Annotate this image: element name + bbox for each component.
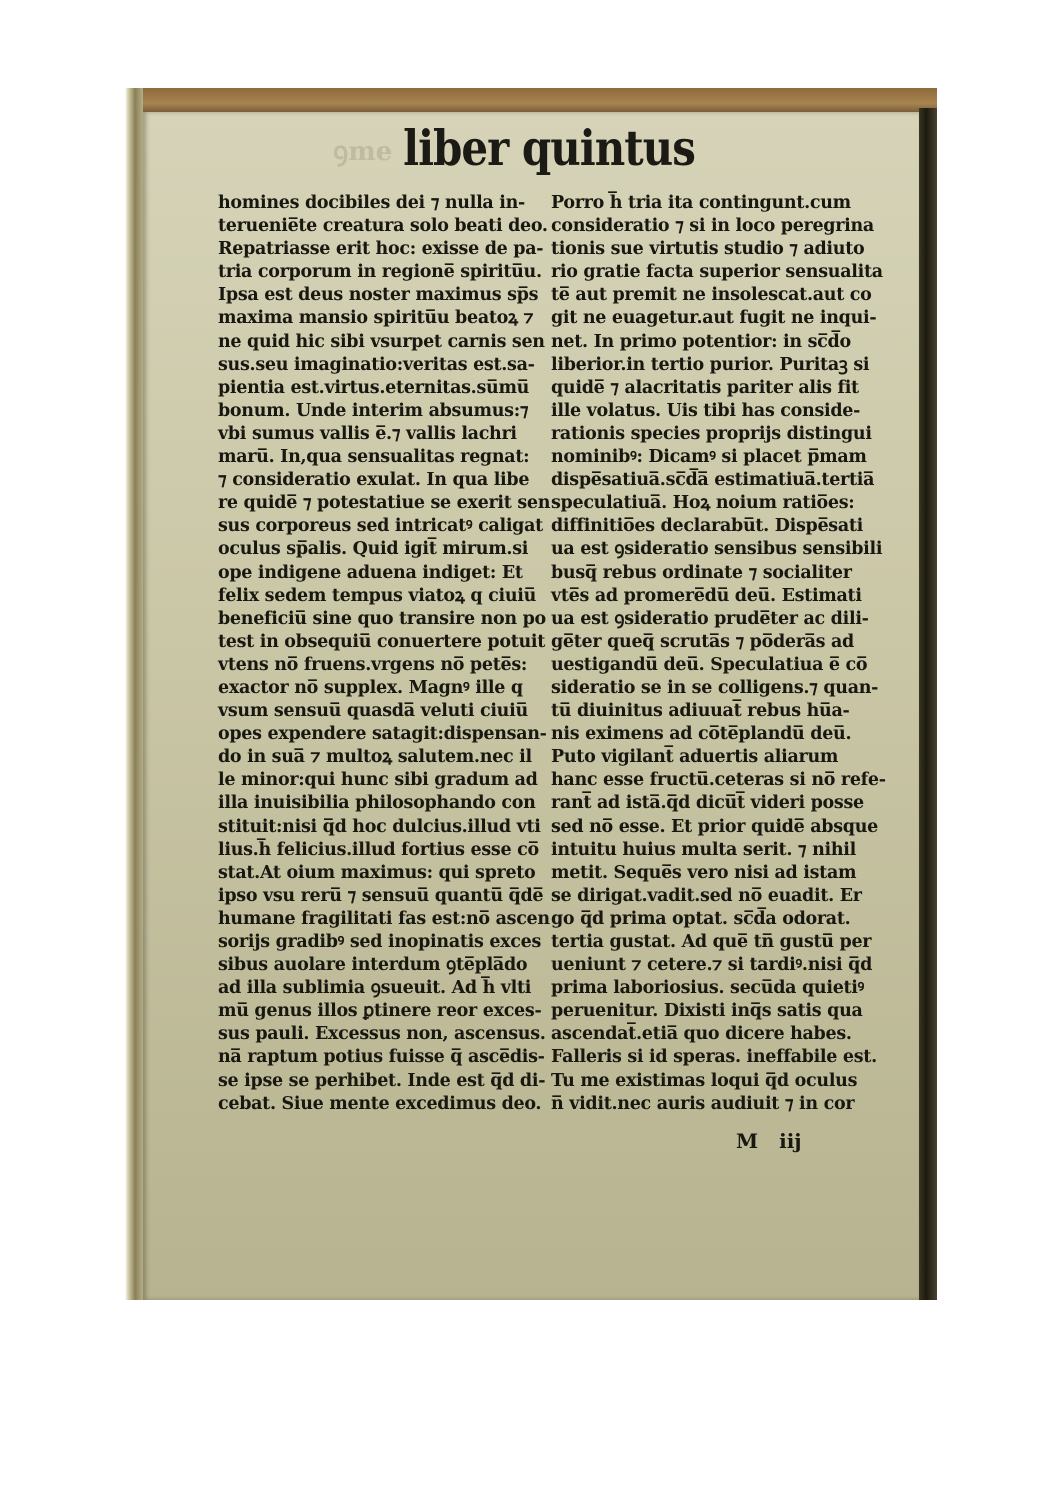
text-line: n̅ vidit.nec auris audiuit ⁊ in cor [551,1093,901,1116]
text-line: sus pauli. Excessus non, ascensus. [218,1023,558,1046]
text-line: speculatiua̅. Hoꝝ noium ratio̅es: [551,492,901,515]
text-line: stat.At oium maximus: qui spreto [218,862,558,885]
text-line: cebat. Siue mente excedimus deo. [218,1093,558,1116]
text-line: sus.seu imaginatio:veritas est.sa- [218,354,558,377]
text-line: bonum. Unde interim absumus:⁊ [218,400,558,423]
text-line: na̅ raptum potius fuisse q̅ asce̅dis- [218,1046,558,1069]
text-line: rant̅ ad ista̅.q̅d dicu̅t̅ videri posse [551,792,901,815]
text-line: ope indigene aduena indiget: Et [218,562,558,585]
dark-right-edge [919,108,937,1300]
text-line: tionis sue virtutis studio ⁊ adiuto [551,238,901,261]
text-line: rio gratie facta superior sensualita [551,261,901,284]
text-line: rationis species proprijs distingui [551,423,901,446]
text-line: felix sedem tempus viatoꝝ q ciuiu̅ [218,585,558,608]
text-line: sorijs gradibꝰ sed inopinatis exces [218,931,558,954]
text-line: nis eximens ad co̅te̅plandu̅ deu̅. [551,723,901,746]
text-line: test in obsequiu̅ conuertere potuit [218,631,558,654]
printed-page: ꝯme liber quintus homines docibiles dei … [143,112,919,1300]
text-line: peruenitur. Dixisti inq̅s satis qua [551,1000,901,1023]
text-line: lius.h̅ felicius.illud fortius esse co̅ [218,839,558,862]
text-line: opes expendere satagit:dispensan- [218,723,558,746]
text-line: ipso vsu reru̅ ⁊ sensuu̅ quantu̅ q̅de̅ [218,885,558,908]
text-line: diffinitio̅es declarabu̅t. Dispe̅sati [551,515,901,538]
text-line: Puto vigilant̅ aduertis aliarum [551,746,901,769]
binding-left-edge [125,88,143,1300]
text-line: tria corporum in regione̅ spiritu̅u. [218,261,558,284]
text-line: intuitu huius multa serit. ⁊ nihil [551,839,901,862]
text-line: metit. Seque̅s vero nisi ad istam [551,862,901,885]
text-line: ille volatus. Uis tibi has conside- [551,400,901,423]
text-line: ueniunt ⁊ cetere.⁊ si tardiꝰ.nisi q̅d [551,954,901,977]
running-head: liber quintus [143,120,955,176]
text-line: prima laboriosius. secu̅da quietiꝰ [551,977,901,1000]
text-line: oculus sp̅alis. Quid igit̅ mirum.si [218,538,558,561]
text-line: busq̅ rebus ordinate ⁊ socialiter [551,562,901,585]
text-line: re quide̅ ⁊ potestatiue se exerit sen [218,492,558,515]
text-line: exactor no̅ supplex. Magnꝰ ille q [218,677,558,700]
text-line: quide̅ ⁊ alacritatis pariter alis fit [551,377,901,400]
text-line: te̅ aut premit ne insolescat.aut co [551,284,901,307]
text-line: ad illa sublimia ꝯsueuit. Ad h̅ vlti [218,977,558,1000]
text-line: Repatriasse erit hoc: exisse de pa- [218,238,558,261]
text-line: consideratio ⁊ si in loco peregrina [551,215,901,238]
text-line: stituit:nisi q̅d hoc dulcius.illud vti [218,816,558,839]
right-column: Porro h̅ tria ita contingunt.cum conside… [551,192,901,1116]
text-line: maru̅. In,qua sensualitas regnat: [218,446,558,469]
text-line: sideratio se in se colligens.⁊ quan- [551,677,901,700]
text-line: git ne euagetur.aut fugit ne inqui- [551,307,901,330]
text-line: sus corporeus sed intricatꝰ caligat [218,515,558,538]
text-line: Ipsa est deus noster maximus sp̅s [218,284,558,307]
text-line: ua est ꝯsideratio sensibus sensibili [551,538,901,561]
text-line: uestigandu̅ deu̅. Speculatiua e̅ co̅ [551,654,901,677]
text-line: tertia gustat. Ad que̅ tn̅ gustu̅ per [551,931,901,954]
signature-mark: M iij [736,1129,802,1153]
text-line: sibus auolare interdum ꝯte̅pla̅do [218,954,558,977]
text-line: hanc esse fructu̅.ceteras si no̅ refe- [551,769,901,792]
text-line: maxima mansio spiritu̅u beatoꝝ ⁊ [218,307,558,330]
text-line: teruenie̅te creatura solo beati deo. [218,215,558,238]
text-line: mu̅ genus illos ꝑtinere reor exces- [218,1000,558,1023]
text-line: Falleris si id speras. ineffabile est. [551,1046,901,1069]
text-line: humane fragilitati fas est:no̅ ascen [218,908,558,931]
text-line: dispe̅satiua̅.sc̅d̅a̅ estimatiua̅.tertia… [551,469,901,492]
text-line: homines docibiles dei ⁊ nulla in- [218,192,558,215]
text-line: beneficiu̅ sine quo transire non po [218,608,558,631]
text-line: ne quid hic sibi vsurpet carnis sen [218,331,558,354]
text-line: ua est ꝯsideratio prude̅ter ac dili- [551,608,901,631]
text-line: ⁊ consideratio exulat. In qua libe [218,469,558,492]
text-line: illa inuisibilia philosophando con [218,792,558,815]
text-line: vbi sumus vallis e̅.⁊ vallis lachri [218,423,558,446]
text-line: vsum sensuu̅ quasda̅ veluti ciuiu̅ [218,700,558,723]
text-line: tu̅ diuinitus adiuuat̅ rebus hu̅a- [551,700,901,723]
text-line: Porro h̅ tria ita contingunt.cum [551,192,901,215]
text-line: se ipse se perhibet. Inde est q̅d di- [218,1070,558,1093]
text-line: liberior.in tertio purior. Puritaꝫ si [551,354,901,377]
text-line: net. In primo potentior: in sc̅d̅o [551,331,901,354]
left-column: homines docibiles dei ⁊ nulla in- teruen… [218,192,558,1116]
text-line: pientia est.virtus.eternitas.su̅mu̅ [218,377,558,400]
text-line: nominibꝰ: Dicamꝰ si placet p̅mam [551,446,901,469]
text-line: ascendat̅.etia̅ quo dicere habes. [551,1023,901,1046]
text-line: vte̅s ad promere̅du̅ deu̅. Estimati [551,585,901,608]
text-line: sed no̅ esse. Et prior quide̅ absque [551,816,901,839]
binding-top-edge [125,88,937,114]
text-line: se dirigat.vadit.sed no̅ euadit. Er [551,885,901,908]
book-page-scan: ꝯme liber quintus homines docibiles dei … [125,88,937,1300]
text-line: go q̅d prima optat. sc̅d̅a odorat. [551,908,901,931]
text-line: do in sua̅ ⁊ multoꝝ salutem.nec il [218,746,558,769]
text-line: vtens no̅ fruens.vrgens no̅ pete̅s: [218,654,558,677]
text-line: Tu me existimas loqui q̅d oculus [551,1070,901,1093]
text-line: le minor:qui hunc sibi gradum ad [218,769,558,792]
text-line: ge̅ter queq̅ scruta̅s ⁊ po̅dera̅s ad [551,631,901,654]
